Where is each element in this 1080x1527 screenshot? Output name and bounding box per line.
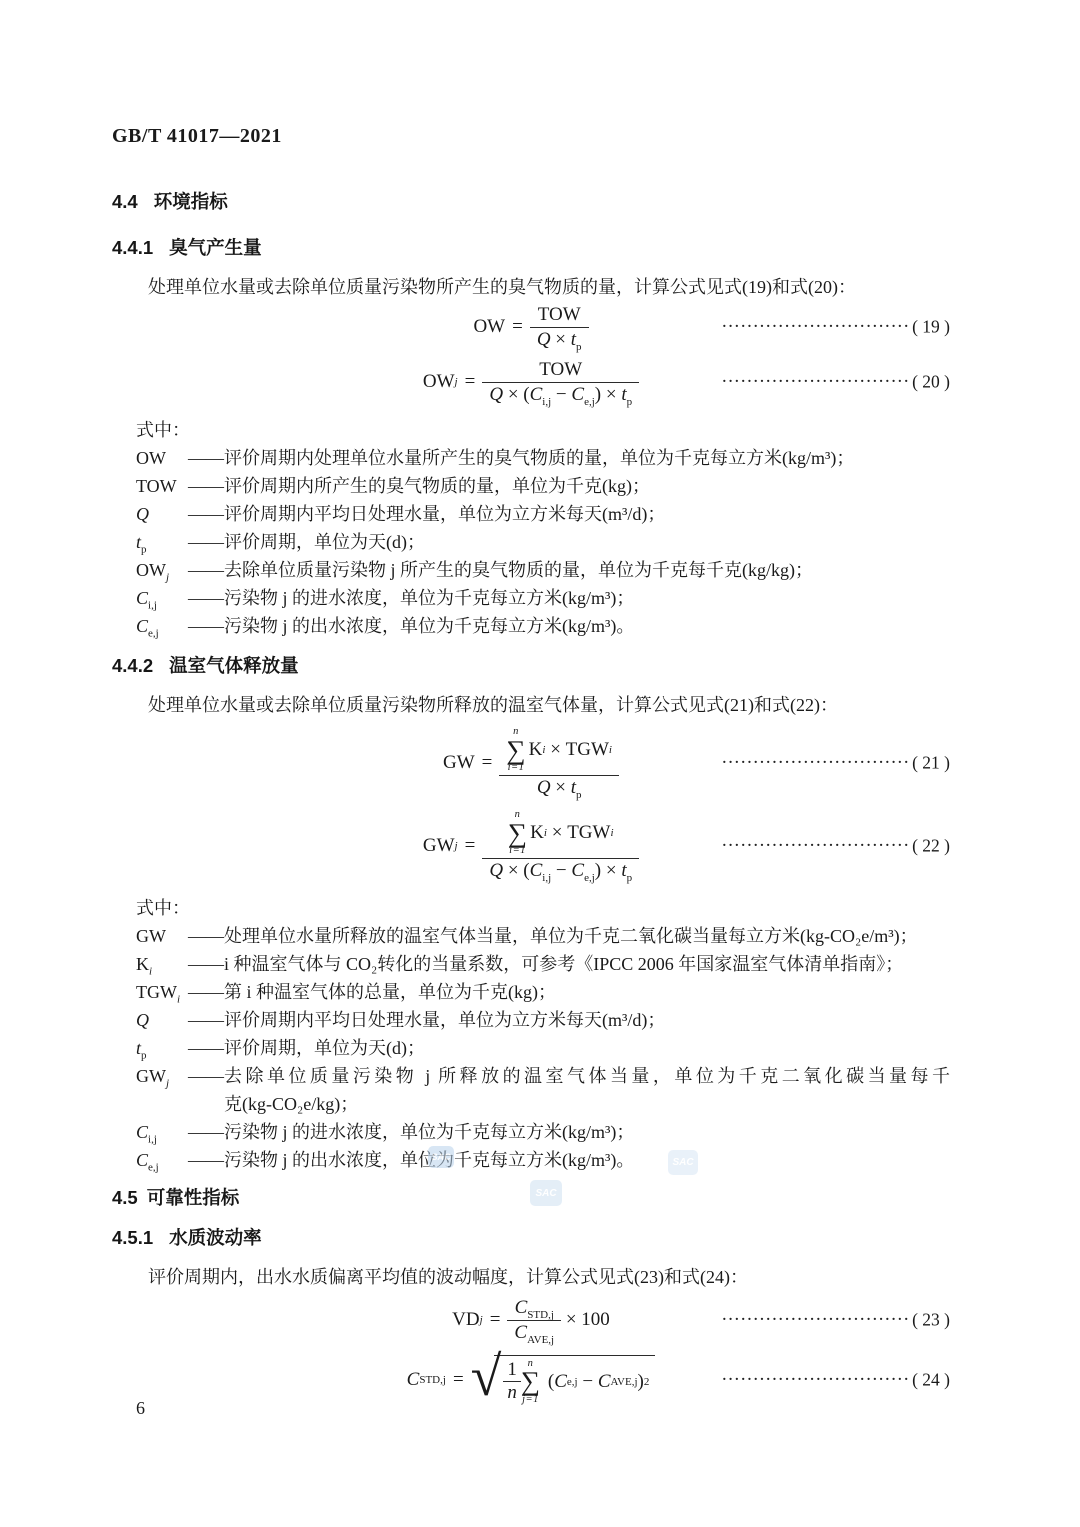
equation-number: ( 24 ) (912, 1370, 950, 1391)
definition-row: OW——评价周期内处理单位水量所产生的臭气物质的量，单位为千克每立方米(kg/m… (136, 444, 950, 472)
summation: n∑i=1 (506, 727, 525, 774)
def-term: Ce,j (136, 1146, 188, 1174)
math-token: TGW (567, 822, 610, 844)
formula-22: GWj=n∑i=1Ki × TGWiQ × (Ci,j − Ce,j) × tp… (112, 804, 950, 888)
def-description: i 种温室气体与 CO₂转化的当量系数，可参考《IPCC 2006 年国家温室气… (224, 950, 950, 978)
definition-row: GW——处理单位水量所释放的温室气体当量，单位为千克二氧化碳当量每立方米(kg-… (136, 922, 950, 950)
term-symbol: Q (136, 1010, 149, 1030)
section-title: 环境指标 (154, 191, 228, 212)
term-symbol: C (136, 1122, 148, 1142)
math-token: OW (423, 371, 455, 393)
term-subscript: i,j (148, 600, 157, 612)
formula-22-math: GWj=n∑i=1Ki × TGWiQ × (Ci,j − Ce,j) × tp (423, 809, 639, 883)
math-token: C (530, 384, 543, 405)
math-token: ) × (595, 384, 622, 405)
definition-row: tp——评价周期，单位为天(d)； (136, 528, 950, 556)
subscript: i,j (542, 872, 551, 884)
dot-leader: ······························ (722, 375, 910, 391)
times-sign: × (547, 822, 567, 844)
term-symbol: C (136, 616, 148, 636)
formula-21: GW=n∑i=1Ki × TGWiQ × tp ················… (112, 722, 950, 804)
formula-24: CSTD,j=√1nn∑j=1 (Ce,j − CAVE,j)2 ·······… (112, 1348, 950, 1412)
subscript: e,j (584, 395, 595, 407)
term-symbol: TGW (136, 982, 177, 1002)
fraction: TOWQ × (Ci,j − Ce,j) × tp (482, 358, 639, 407)
term-symbol: C (136, 1150, 148, 1170)
term-subscript: i (149, 966, 152, 978)
math-token: C (514, 1322, 527, 1343)
term-subscript: i,j (148, 1134, 157, 1146)
def-description: 去除单位质量污染物 j 所产生的臭气物质的量，单位为千克每千克(kg/kg)； (224, 556, 950, 584)
section-4-4-2-heading: 4.4.2温室气体释放量 (112, 654, 950, 678)
def-dash: —— (188, 1006, 224, 1034)
math-token: C (515, 1297, 528, 1318)
sum-lower-limit: j=1 (522, 1395, 539, 1406)
formula-23: VDj=CSTD,jCAVE,j × 100 ·················… (112, 1292, 950, 1348)
standard-number: GB/T 41017—2021 (112, 124, 950, 148)
def-dash: —— (188, 1146, 224, 1174)
sum-lower-limit: i=1 (508, 763, 525, 774)
def-description: 污染物 j 的出水浓度，单位为千克每立方米(kg/m³)。 (224, 612, 950, 640)
formula-19-math: OW=TOWQ × tp (473, 303, 588, 352)
def-dash: —— (188, 922, 224, 950)
fraction: n∑i=1Ki × TGWiQ × (Ci,j − Ce,j) × tp (482, 809, 639, 883)
def-description: 污染物 j 的出水浓度，单位为千克每立方米(kg/m³)。 (224, 1146, 950, 1174)
def-term: Q (136, 500, 188, 528)
def-term: TGWi (136, 978, 188, 1006)
def-description-line2: 克(kg-CO₂e/kg)； (224, 1090, 950, 1118)
def-term: Ki (136, 950, 188, 978)
numerator: TOW (482, 358, 639, 382)
term-subscript: e,j (148, 628, 159, 640)
denominator: n (503, 1381, 521, 1404)
term-symbol: GW (136, 1066, 166, 1086)
definition-row: GWj——去除单位质量污染物 j 所释放的温室气体当量，单位为千克二氧化碳当量每… (136, 1062, 950, 1118)
math-token: C (530, 860, 543, 881)
formula-21-tail: ······························( 21 ) (722, 753, 950, 774)
equation-number: ( 21 ) (912, 753, 950, 774)
section-title: 可靠性指标 (147, 1187, 240, 1208)
def-dash: —— (188, 556, 224, 584)
summation: n∑j=1 (521, 1359, 540, 1406)
numerator: n∑i=1Ki × TGWi (482, 809, 639, 858)
formula-23-tail: ······························( 23 ) (722, 1310, 950, 1331)
def-dash: —— (188, 1118, 224, 1146)
def-term: Ci,j (136, 584, 188, 612)
def-term: Ce,j (136, 612, 188, 640)
def-term: OW (136, 444, 188, 472)
term-subscript: i (177, 994, 180, 1006)
paragraph-odor-intro: 处理单位水量或去除单位质量污染物所产生的臭气物质的量，计算公式见式(19)和式(… (112, 274, 950, 300)
math-token: GW (423, 835, 455, 857)
section-4-4-1-heading: 4.4.1臭气产生量 (112, 236, 950, 260)
math-token: C (407, 1369, 420, 1391)
formula-20-tail: ······························( 20 ) (722, 372, 950, 393)
math-token: GW (443, 752, 475, 774)
page-number: 6 (136, 1398, 145, 1419)
section-title: 臭气产生量 (169, 237, 262, 258)
math-token: ( (543, 1371, 554, 1393)
equation-number: ( 20 ) (912, 372, 950, 393)
section-number: 4.4.1 (112, 237, 153, 258)
sigma-symbol: ∑ (508, 821, 527, 847)
def-dash: —— (188, 500, 224, 528)
def-description: 污染物 j 的进水浓度，单位为千克每立方米(kg/m³)； (224, 1118, 950, 1146)
definition-row: Q——评价周期内平均日处理水量，单位为立方米每天(m³/d)； (136, 500, 950, 528)
def-term: tp (136, 528, 188, 556)
term-symbol: TOW (136, 476, 177, 496)
definition-row: Q——评价周期内平均日处理水量，单位为立方米每天(m³/d)； (136, 1006, 950, 1034)
def-dash: —— (188, 1034, 224, 1062)
math-token: C (554, 1371, 567, 1393)
def-term: TOW (136, 472, 188, 500)
formula-21-math: GW=n∑i=1Ki × TGWiQ × tp (443, 726, 619, 800)
minus-sign: − (551, 384, 571, 405)
denominator: Q × tp (530, 327, 589, 352)
sigma-symbol: ∑ (521, 1369, 540, 1395)
fraction: TOWQ × tp (530, 303, 589, 352)
formula-24-math: CSTD,j=√1nn∑j=1 (Ce,j − CAVE,j)2 (407, 1352, 656, 1408)
term-subscript: e,j (148, 1162, 159, 1174)
def-dash: —— (188, 584, 224, 612)
dot-leader: ······························ (722, 1313, 910, 1329)
equals-sign: = (465, 371, 476, 393)
def-description: 评价周期，单位为天(d)； (224, 528, 950, 556)
definition-row: Ce,j——污染物 j 的出水浓度，单位为千克每立方米(kg/m³)。 (136, 1146, 950, 1174)
subscript: p (627, 395, 633, 407)
equation-number: ( 19 ) (912, 317, 950, 338)
dot-leader: ······························ (722, 756, 910, 772)
paragraph-ghg-intro: 处理单位水量或去除单位质量污染物所释放的温室气体量，计算公式见式(21)和式(2… (112, 692, 950, 718)
equals-sign: = (490, 1309, 501, 1331)
math-token: Q (489, 860, 503, 881)
term-subscript: p (141, 1050, 147, 1062)
formula-19-tail: ······························( 19 ) (722, 317, 950, 338)
math-token: C (571, 860, 584, 881)
definition-row: tp——评价周期，单位为天(d)； (136, 1034, 950, 1062)
sigma-symbol: ∑ (506, 738, 525, 764)
math-token: Q (537, 777, 551, 798)
term-symbol: K (136, 954, 149, 974)
math-token: × ( (503, 860, 530, 881)
sac-watermark: SAC (428, 1146, 454, 1168)
math-token: K (529, 739, 543, 761)
def-term: GWj (136, 1062, 188, 1118)
equals-sign: = (465, 835, 476, 857)
definition-row: TOW——评价周期内所产生的臭气物质的量，单位为千克(kg)； (136, 472, 950, 500)
section-title: 水质波动率 (169, 1227, 262, 1248)
def-description-line1: 去除单位质量污染物 j 所释放的温室气体当量，单位为千克二氧化碳当量每千 (224, 1062, 950, 1090)
definition-row: Ce,j——污染物 j 的出水浓度，单位为千克每立方米(kg/m³)。 (136, 612, 950, 640)
sac-watermark: SAC (530, 1180, 562, 1206)
def-dash: —— (188, 472, 224, 500)
subscript: AVE,j (527, 1333, 554, 1345)
math-token: Q (537, 329, 551, 350)
def-description: 评价周期内平均日处理水量，单位为立方米每天(m³/d)； (224, 500, 950, 528)
definition-row: OWj——去除单位质量污染物 j 所产生的臭气物质的量，单位为千克每千克(kg/… (136, 556, 950, 584)
times-sign: × (545, 739, 565, 761)
paragraph-fluctuation-intro: 评价周期内，出水水质偏离平均值的波动幅度，计算公式见式(23)和式(24)： (112, 1264, 950, 1290)
math-token: TGW (566, 739, 609, 761)
section-4-4-heading: 4.4环境指标 (112, 190, 950, 214)
def-dash: —— (188, 528, 224, 556)
minus-sign: − (578, 1371, 598, 1393)
denominator: CAVE,j (507, 1320, 561, 1345)
math-token: C (571, 384, 584, 405)
section-number: 4.5 (112, 1187, 138, 1208)
math-token: OW (473, 316, 505, 338)
math-token: Q (489, 384, 503, 405)
def-dash: —— (188, 950, 224, 978)
equation-number: ( 22 ) (912, 836, 950, 857)
math-token: C (598, 1371, 611, 1393)
equals-sign: = (512, 316, 523, 338)
subscript: p (576, 789, 582, 801)
math-token: ) (638, 1371, 644, 1393)
dot-leader: ······························ (722, 1373, 910, 1389)
def-dash: —— (188, 1062, 224, 1118)
def-description: 评价周期内所产生的臭气物质的量，单位为千克(kg)； (224, 472, 950, 500)
fraction: CSTD,jCAVE,j (507, 1296, 561, 1345)
denominator: Q × (Ci,j − Ce,j) × tp (482, 382, 639, 407)
formula-24-tail: ······························( 24 ) (722, 1370, 950, 1391)
dot-leader: ······························ (722, 320, 910, 336)
sum-lower-limit: i=1 (509, 846, 526, 857)
section-number: 4.5.1 (112, 1227, 153, 1248)
section-title: 温室气体释放量 (169, 655, 299, 676)
subscript: p (627, 872, 633, 884)
numerator: 1 (503, 1359, 521, 1381)
math-token: ) × (595, 860, 622, 881)
minus-sign: − (551, 860, 571, 881)
numerator: CSTD,j (507, 1296, 561, 1320)
math-token: VD (452, 1309, 479, 1331)
equals-sign: = (453, 1369, 464, 1391)
def-dash: —— (188, 612, 224, 640)
subscript: i,j (542, 395, 551, 407)
def-description: 评价周期内处理单位水量所产生的臭气物质的量，单位为千克每立方米(kg/m³)； (224, 444, 950, 472)
where-label: 式中： (136, 894, 950, 922)
def-description: 第 i 种温室气体的总量，单位为千克(kg)； (224, 978, 950, 1006)
definition-row: Ci,j——污染物 j 的进水浓度，单位为千克每立方米(kg/m³)； (136, 1118, 950, 1146)
term-symbol: C (136, 588, 148, 608)
denominator: Q × (Ci,j − Ce,j) × tp (482, 858, 639, 883)
def-term: Q (136, 1006, 188, 1034)
def-term: tp (136, 1034, 188, 1062)
definition-row: Ki——i 种温室气体与 CO₂转化的当量系数，可参考《IPCC 2006 年国… (136, 950, 950, 978)
term-subscript: j (166, 572, 169, 584)
dot-leader: ······························ (722, 839, 910, 855)
section-number: 4.4 (112, 191, 138, 212)
def-term: Ci,j (136, 1118, 188, 1146)
def-dash: —— (188, 444, 224, 472)
section-number: 4.4.2 (112, 655, 153, 676)
def-dash: —— (188, 978, 224, 1006)
formula-23-math: VDj=CSTD,jCAVE,j × 100 (452, 1296, 610, 1345)
subscript: p (576, 340, 582, 352)
formula-19: OW=TOWQ × tp ···························… (112, 300, 950, 354)
summation: n∑i=1 (508, 810, 527, 857)
subscript: STD,j (527, 1308, 554, 1320)
term-subscript: j (166, 1078, 169, 1090)
def-description: 去除单位质量污染物 j 所释放的温室气体当量，单位为千克二氧化碳当量每千克(kg… (224, 1062, 950, 1118)
term-symbol: OW (136, 560, 166, 580)
radical-symbol: √ (471, 1349, 502, 1405)
times-sign: × (551, 329, 571, 350)
term-symbol: Q (136, 504, 149, 524)
definition-row: Ci,j——污染物 j 的进水浓度，单位为千克每立方米(kg/m³)； (136, 584, 950, 612)
def-description: 处理单位水量所释放的温室气体当量，单位为千克二氧化碳当量每立方米(kg-CO₂e… (224, 922, 950, 950)
term-symbol: GW (136, 926, 166, 946)
equals-sign: = (482, 752, 493, 774)
term-subscript: p (141, 544, 147, 556)
term-symbol: OW (136, 448, 166, 468)
times-sign: × (551, 777, 571, 798)
definition-row: TGWi——第 i 种温室气体的总量，单位为千克(kg)； (136, 978, 950, 1006)
fraction: n∑i=1Ki × TGWiQ × tp (499, 726, 619, 800)
fraction: 1n (503, 1359, 521, 1404)
sac-watermark: SAC (668, 1150, 698, 1175)
definitions-list-1: OW——评价周期内处理单位水量所产生的臭气物质的量，单位为千克每立方米(kg/m… (136, 444, 950, 640)
formula-20-math: OWj=TOWQ × (Ci,j − Ce,j) × tp (423, 358, 639, 407)
def-term: GW (136, 922, 188, 950)
math-token: K (530, 822, 544, 844)
def-description: 评价周期，单位为天(d)； (224, 1034, 950, 1062)
def-description: 污染物 j 的进水浓度，单位为千克每立方米(kg/m³)； (224, 584, 950, 612)
square-root: √1nn∑j=1 (Ce,j − CAVE,j)2 (471, 1352, 656, 1408)
numerator: TOW (530, 303, 589, 327)
formula-20: OWj=TOWQ × (Ci,j − Ce,j) × tp ··········… (112, 354, 950, 410)
subscript: e,j (584, 872, 595, 884)
def-description: 评价周期内平均日处理水量，单位为立方米每天(m³/d)； (224, 1006, 950, 1034)
section-4-5-1-heading: 4.5.1水质波动率 (112, 1226, 950, 1250)
numerator: n∑i=1Ki × TGWi (499, 726, 619, 775)
where-label: 式中： (136, 416, 950, 444)
radicand: 1nn∑j=1 (Ce,j − CAVE,j)2 (494, 1355, 655, 1406)
math-token: × ( (503, 384, 530, 405)
formula-22-tail: ······························( 22 ) (722, 836, 950, 857)
times-100: × 100 (561, 1309, 610, 1331)
definitions-list-2: GW——处理单位水量所释放的温室气体当量，单位为千克二氧化碳当量每立方米(kg-… (136, 922, 950, 1174)
def-term: OWj (136, 556, 188, 584)
denominator: Q × tp (499, 775, 619, 800)
equation-number: ( 23 ) (912, 1310, 950, 1331)
